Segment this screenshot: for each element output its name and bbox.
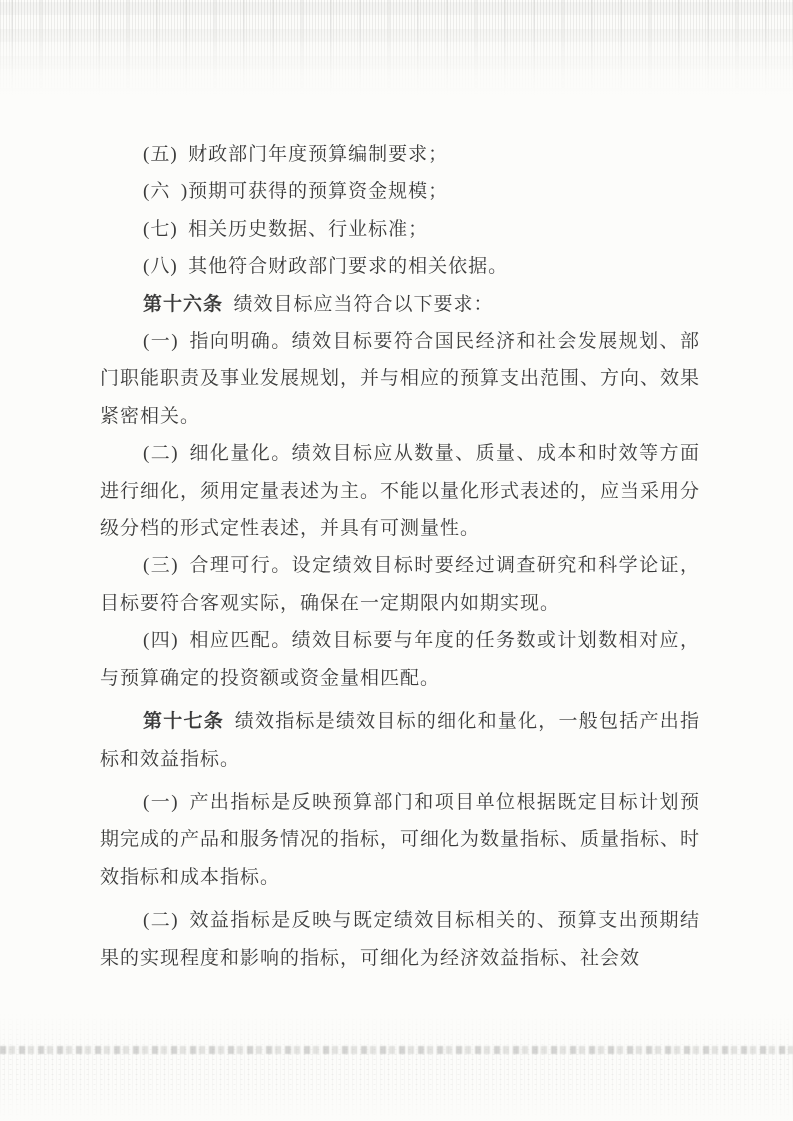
document-page: (五) 财政部门年度预算编制要求；(六 )预期可获得的预算资金规模；(七) 相关…: [0, 0, 793, 1121]
clause-8: (八) 其他符合财政部门要求的相关依据。: [100, 248, 700, 285]
document-content: (五) 财政部门年度预算编制要求；(六 )预期可获得的预算资金规模；(七) 相关…: [100, 136, 700, 977]
article-16-req-2: (二) 细化量化。绩效目标应从数量、质量、成本和时效等方面进行细化，须用定量表述…: [100, 435, 700, 547]
article-17-item-2: (二) 效益指标是反映与既定绩效目标相关的、预算支出预期结果的实现程度和影响的指…: [100, 902, 700, 977]
scan-noise-bottom: [0, 1012, 793, 1121]
clause-5: (五) 财政部门年度预算编制要求；: [100, 136, 700, 173]
scan-noise-top: [0, 0, 793, 96]
article-16-req-1: (一) 指向明确。绩效目标要符合国民经济和社会发展规划、部门职能职责及事业发展规…: [100, 323, 700, 435]
article-17-item-1: (一) 产出指标是反映预算部门和项目单位根据既定目标计划预期完成的产品和服务情况…: [100, 784, 700, 896]
article-number: 第十六条: [143, 294, 223, 315]
article-16-req-4: (四) 相应匹配。绩效目标要与年度的任务数或计划数相对应，与预算确定的投资额或资…: [100, 622, 700, 697]
article-number: 第十七条: [143, 711, 224, 732]
clause-7: (七) 相关历史数据、行业标准；: [100, 211, 700, 248]
scan-streak-line: [0, 1046, 793, 1054]
article-17: 第十七条 绩效指标是绩效目标的细化和量化，一般包括产出指标和效益指标。: [100, 703, 700, 778]
article-16: 第十六条 绩效目标应当符合以下要求：: [100, 286, 700, 323]
clause-6: (六 )预期可获得的预算资金规模；: [100, 173, 700, 210]
article-16-req-3: (三) 合理可行。设定绩效目标时要经过调查研究和科学论证，目标要符合客观实际，确…: [100, 547, 700, 622]
